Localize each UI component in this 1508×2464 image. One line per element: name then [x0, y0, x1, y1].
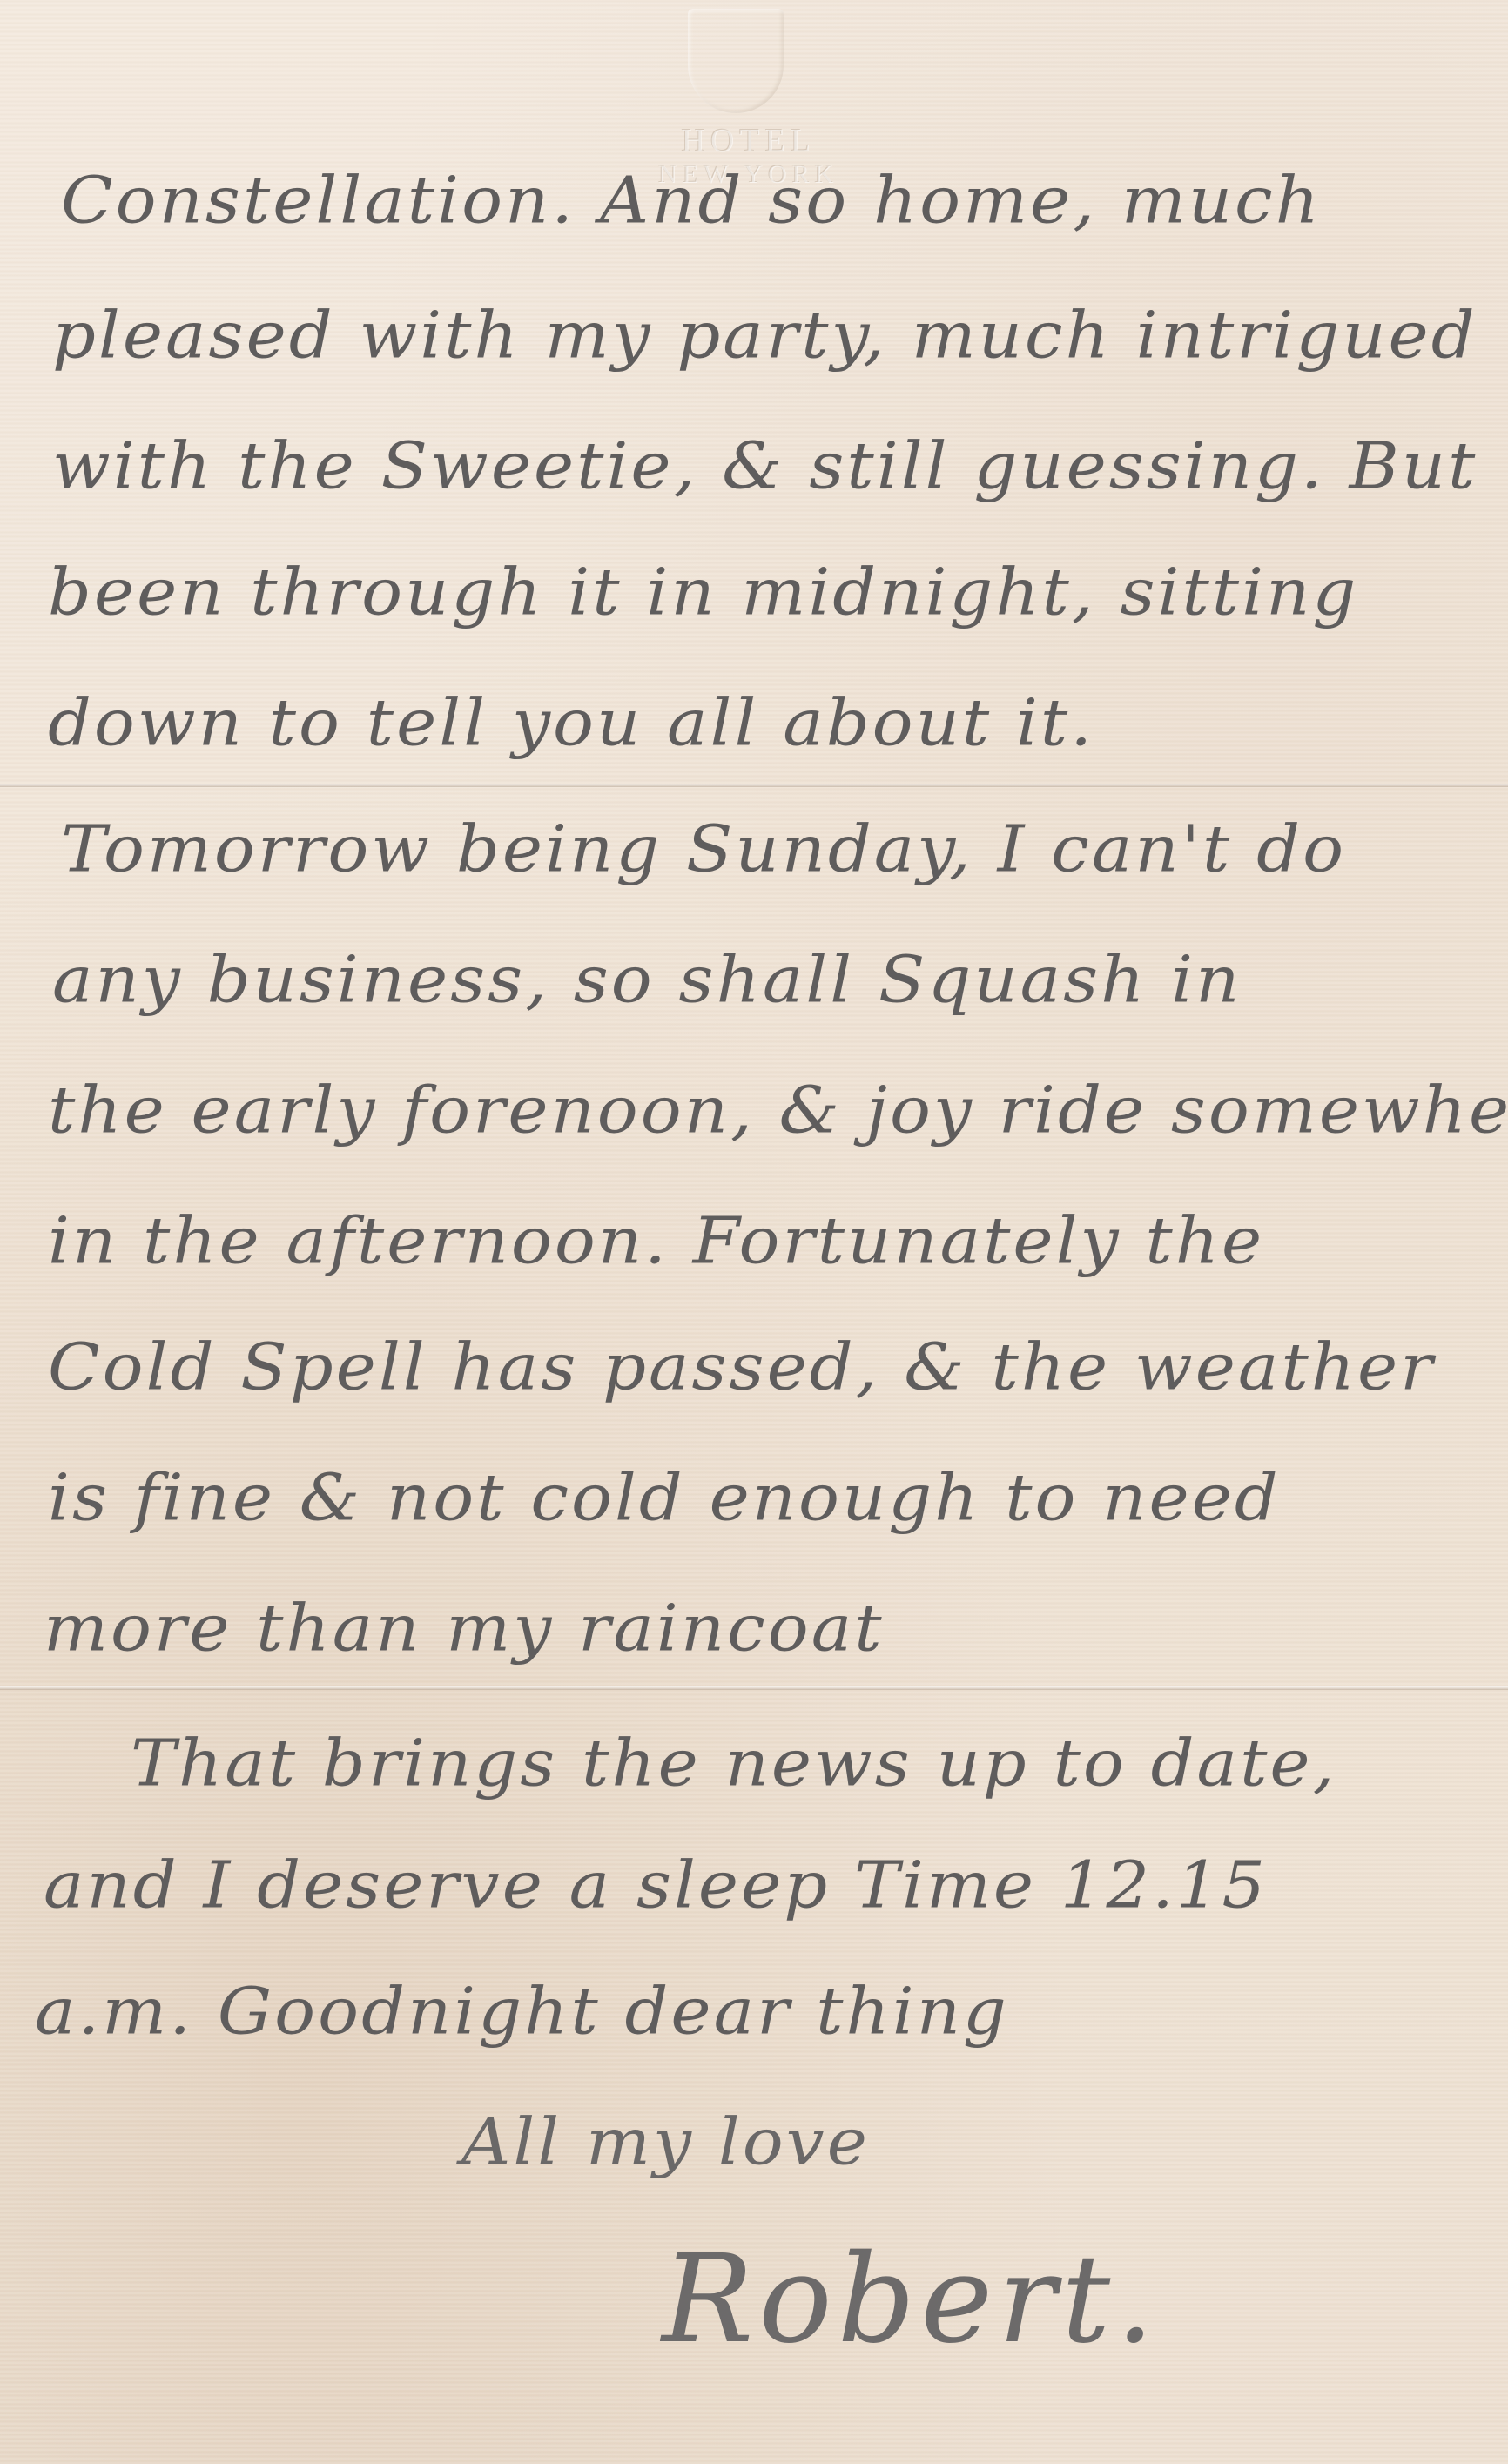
- letter-page: HOTEL NEW YORK Constellation. And so hom…: [0, 0, 1508, 2464]
- letterhead-emboss-line-1: HOTEL: [609, 122, 888, 160]
- letter-line: pleased with my party, much intrigued: [52, 304, 1478, 368]
- letter-line: any business, so shall Squash in: [52, 948, 1242, 1013]
- letter-line: Tomorrow being Sunday, I can't do: [61, 818, 1346, 882]
- letter-line: a.m. Goodnight dear thing: [35, 1980, 1009, 2044]
- letter-line: in the afternoon. Fortunately the: [48, 1209, 1264, 1274]
- letter-line: been through it in midnight, sitting: [48, 561, 1358, 625]
- letter-line: That brings the news up to date,: [131, 1732, 1336, 1796]
- letter-line: Constellation. And so home, much: [61, 169, 1322, 233]
- letter-line: the early forenoon, & joy ride somewhere: [48, 1079, 1508, 1143]
- letter-line: Cold Spell has passed, & the weather: [48, 1336, 1435, 1400]
- letter-line: more than my raincoat: [44, 1597, 885, 1661]
- letter-line: with the Sweetie, & still guessing. But: [52, 434, 1478, 499]
- fold-crease: [0, 1686, 1508, 1690]
- embossed-crest-icon: [688, 9, 784, 113]
- letter-line: is fine & not cold enough to need: [48, 1466, 1281, 1531]
- letter-line: down to tell you all about it.: [48, 691, 1094, 756]
- letter-closing: All my love: [461, 2111, 870, 2175]
- letter-line: and I deserve a sleep Time 12.15: [44, 1854, 1268, 1918]
- signature: Robert.: [662, 2229, 1160, 2371]
- fold-crease: [0, 784, 1508, 787]
